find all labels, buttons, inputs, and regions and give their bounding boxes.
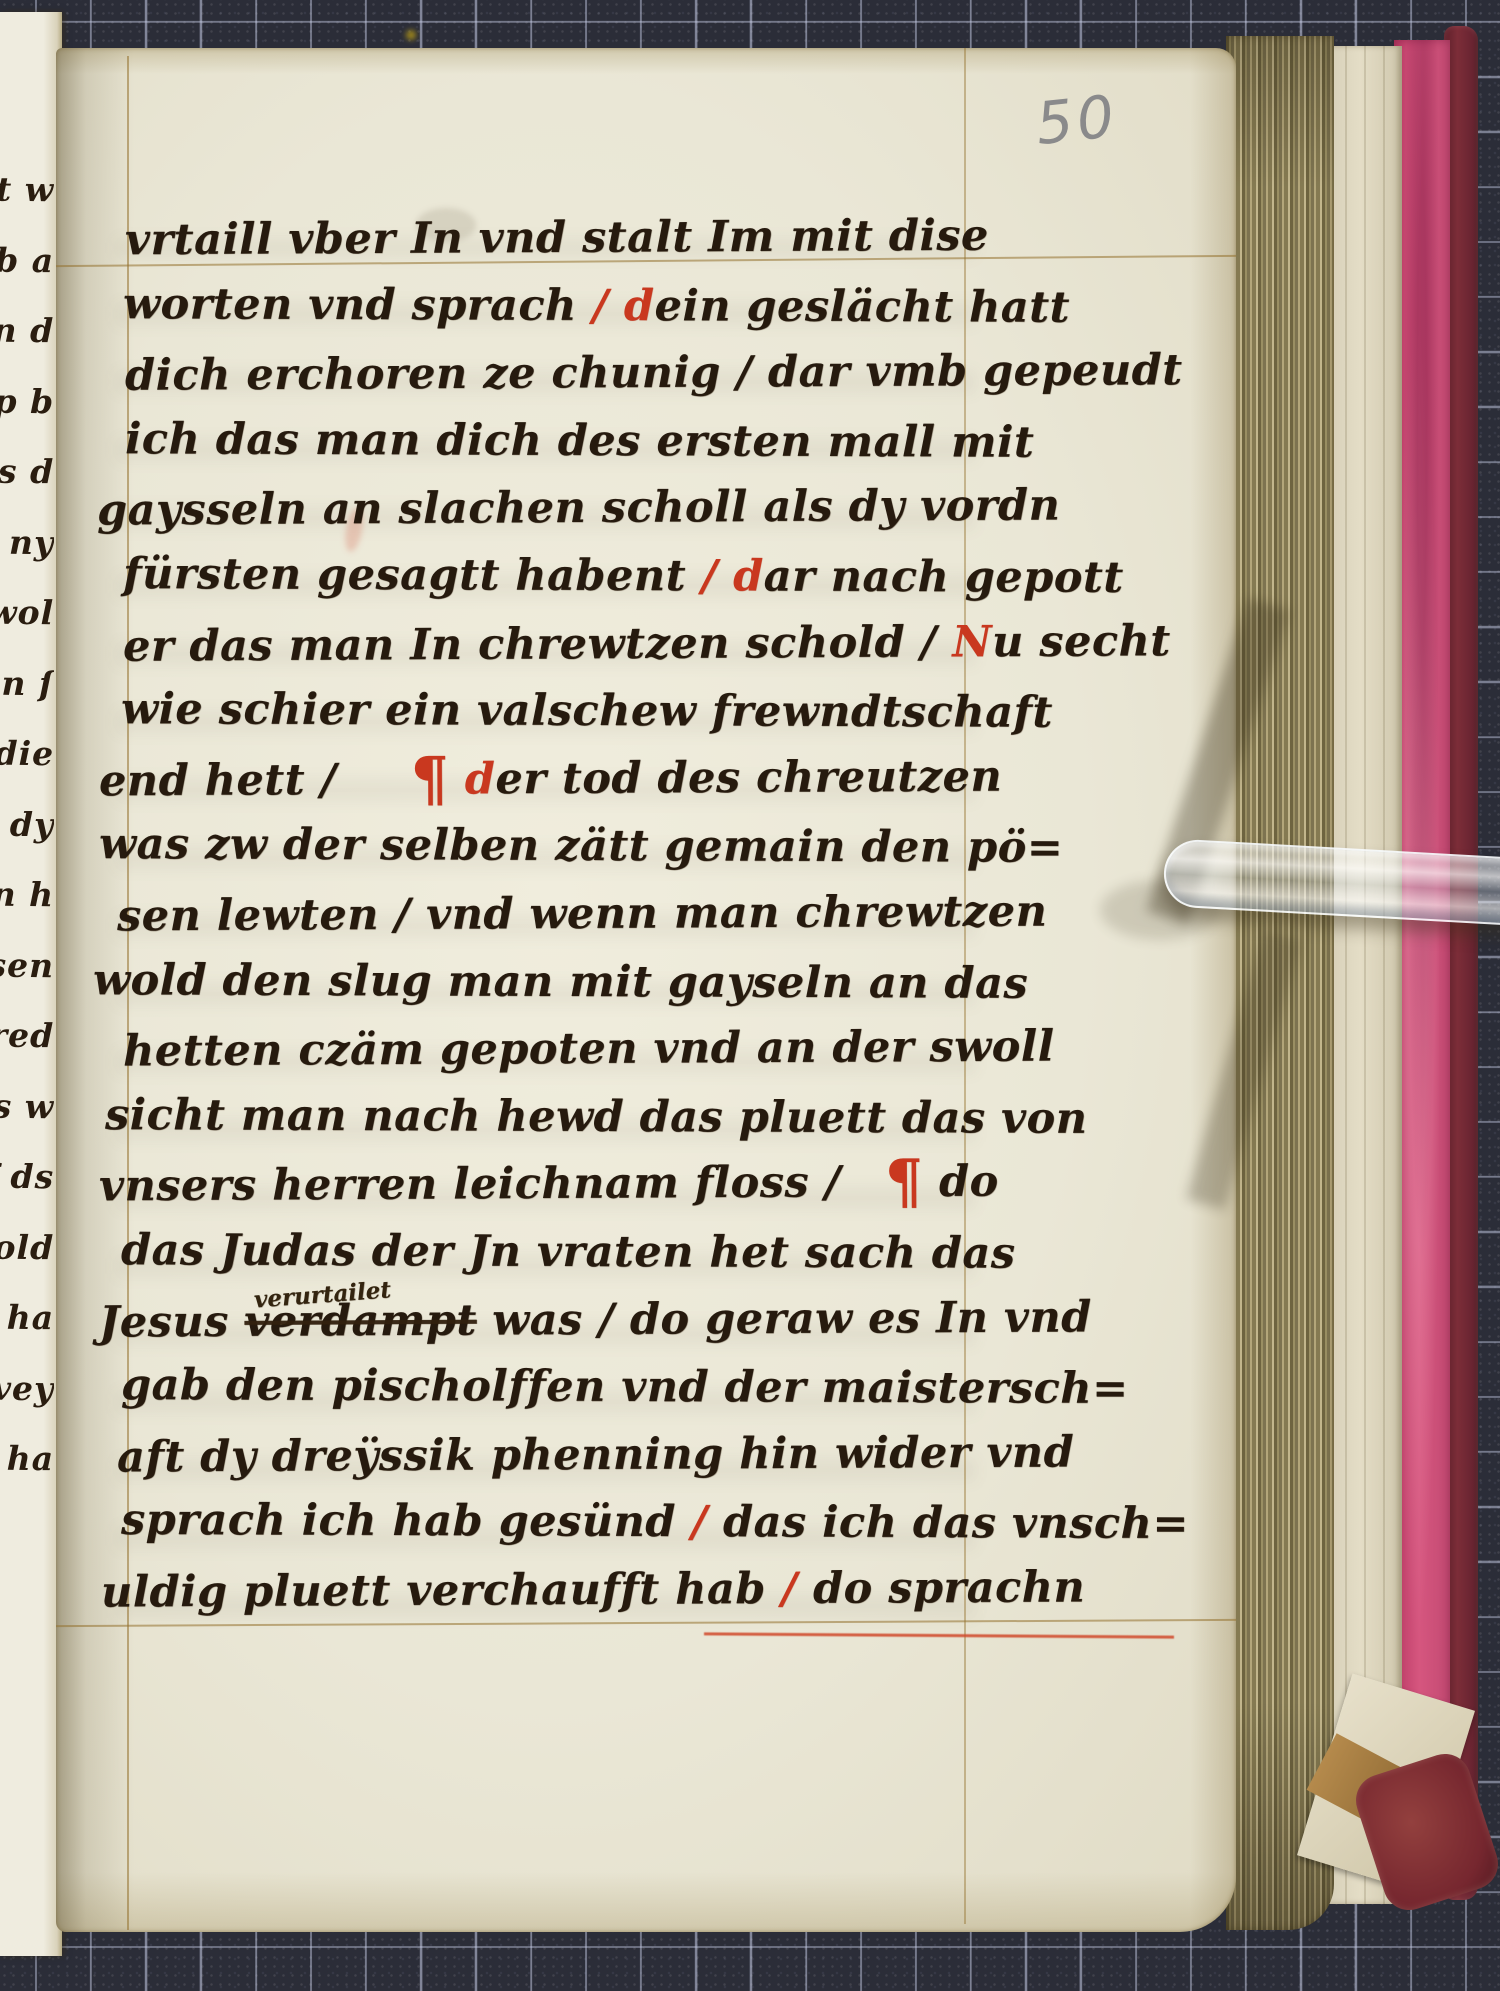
text-segment: / [691,1498,723,1548]
facing-page-text-fragment: att w [0,170,54,241]
text-segment: ich das man dich des ersten mall mit [125,414,1034,467]
facing-page-text-fragment: alsp b [0,381,54,452]
facing-page-text-fragment: nd ha [0,1439,54,1510]
pilcrow-mark: ¶ [885,1147,924,1217]
facing-page-text-fragment: issen h [0,875,54,946]
facing-page-text-fragment: ab die [0,734,54,805]
manuscript-line: das Judas der Jn vraten het sach das [121,1224,1016,1279]
facing-page-text-fragment: an dy [0,804,54,875]
rubric-underline [704,1632,1174,1638]
text-segment: end hett / [99,755,337,806]
text-segment: / d [592,281,654,331]
text-segment: / [781,1564,813,1614]
text-segment: N [952,617,992,667]
facing-page-text-fragment: ugen ſ [0,663,54,734]
text-segment: er tod des chreutzen [495,751,1002,804]
text-segment: ein geslächt hatt [654,281,1070,333]
facing-page-text-fragment: if ds [0,1157,54,1228]
manuscript-line: was zw der selben zätt gemain den pö= [99,819,1064,875]
text-segment: er das man In chrewtzen schold / [123,617,953,671]
facing-page-fragments: att wt vmb assan dalsp bdy des dhalt nym… [0,170,54,1510]
manuscript-page: vrtaill vber In vnd stalt Im mit disewor… [56,48,1236,1932]
text-segment: do [923,1157,998,1207]
text-segment: dich erchoren ze chunig / dar vmb gepeud… [125,345,1183,401]
text-segment: ar nach gepott [764,552,1124,603]
manuscript-line: gaysseln an slachen scholl als dy vordn [97,480,1061,537]
text-segment: verdamptverurtailet [244,1295,477,1346]
facing-page-text-fragment: la ha [0,1298,54,1369]
text-segment: uldig pluett verchaufft hab [101,1564,782,1618]
text-segment: u secht [992,616,1171,667]
manuscript-line: worten vnd sprach / dein geslächt hatt [123,278,1070,334]
facing-page-text-fragment: halt ny [0,522,54,593]
manuscript-line: sprach ich hab gesünd / das ich das vnsc… [121,1494,1189,1550]
text-segment: Jesus [99,1296,245,1347]
manuscript-line: dich erchoren ze chunig / dar vmb gepeud… [125,344,1183,402]
facing-page-text-fragment: alsen [0,945,54,1016]
manuscript-line: uldig pluett verchaufft hab / do sprachn [101,1561,1085,1618]
text-segment: gab den pischolffen vnd der maistersch= [121,1360,1129,1414]
manuscript-line: ich das man dich des ersten mall mit [125,413,1034,468]
facing-page-text-fragment: das w [0,1086,54,1157]
bottom-ruling-line [56,1619,1236,1627]
manuscript-line: sen lewten / vnd wenn man chrewtzen [117,886,1048,943]
manuscript-line: sicht man nach hewd das pluett das von [105,1089,1088,1145]
text-segment: sicht man nach hewd das pluett das von [105,1090,1088,1144]
text-segment: vnsers herren leichnam floss / [99,1158,841,1212]
text-segment: sprach ich hab gesünd [121,1495,692,1547]
text-segment: wie schier ein valschew frewndtschaft [121,684,1053,738]
manuscript-line: end hett /¶ der tod des chreutzen [99,750,1002,807]
facing-page-text-fragment: gevey [0,1368,54,1439]
manuscript-line: fürsten gesagtt habent / dar nach gepott [123,548,1124,604]
manuscript-line: er das man In chrewtzen schold / Nu sech… [123,615,1171,672]
folio-number-pencil: 50 [1033,82,1121,158]
manuscript-line: wie schier ein valschew frewndtschaft [121,683,1053,739]
manuscript-line: vrtaill vber In vnd stalt Im mit dise [125,210,989,267]
manuscript-line: hetten czäm gepoten vnd an der swoll [123,1021,1055,1078]
facing-page-text-fragment: wold [0,1227,54,1298]
manuscript-line: vnsers herren leichnam floss /¶ do [99,1156,999,1213]
text-segment: aft dy dreÿssik phenning hin wider vnd [117,1427,1074,1482]
interlinear-correction: verurtailet [252,1264,393,1326]
manuscript-line: wold den slug man mit gayseln an das [93,954,1028,1010]
text-segment: was / do geraw es In vnd [477,1292,1092,1345]
photograph-manuscript-on-cutting-mat: att wt vmb assan dalsp bdy des dhalt nym… [0,0,1500,1991]
text-segment: das ich das vnsch= [723,1498,1189,1550]
facing-page-text-fragment: mt wol [0,593,54,664]
text-segment: d [449,754,495,804]
book-flyleaf-edges [1326,46,1402,1904]
text-segment: gaysseln an slachen scholl als dy vordn [97,481,1061,536]
text-segment: wold den slug man mit gayseln an das [93,955,1028,1009]
facing-page-text-fragment: t vmb a [0,240,54,311]
manuscript-line: gab den pischolffen vnd der maistersch= [121,1359,1129,1415]
facing-page-text-fragment: dy des d [0,452,54,523]
facing-page-text-fragment: ssan d [0,311,54,382]
text-segment: / d [701,551,763,601]
text-segment: vrtaill vber In vnd stalt Im mit dise [125,211,989,266]
manuscript-line: aft dy dreÿssik phenning hin wider vnd [117,1426,1074,1483]
yellow-speck [406,30,416,40]
text-segment: das Judas der Jn vraten het sach das [121,1225,1016,1278]
text-segment: do sprachn [813,1562,1085,1613]
text-segment: hetten czäm gepoten vnd an der swoll [123,1022,1055,1077]
text-segment: fürsten gesagtt habent [123,549,702,601]
facing-page-sliver: att wt vmb assan dalsp bdy des dhalt nym… [0,12,62,1956]
text-segment: was zw der selben zätt gemain den pö= [99,820,1064,874]
pilcrow-mark: ¶ [411,744,450,814]
text-segment: sen lewten / vnd wenn man chrewtzen [117,887,1048,942]
manuscript-line: Jesus verdamptverurtailet was / do geraw… [99,1291,1092,1348]
facing-page-text-fragment: dy red [0,1016,54,1087]
text-segment: worten vnd sprach [123,279,593,331]
